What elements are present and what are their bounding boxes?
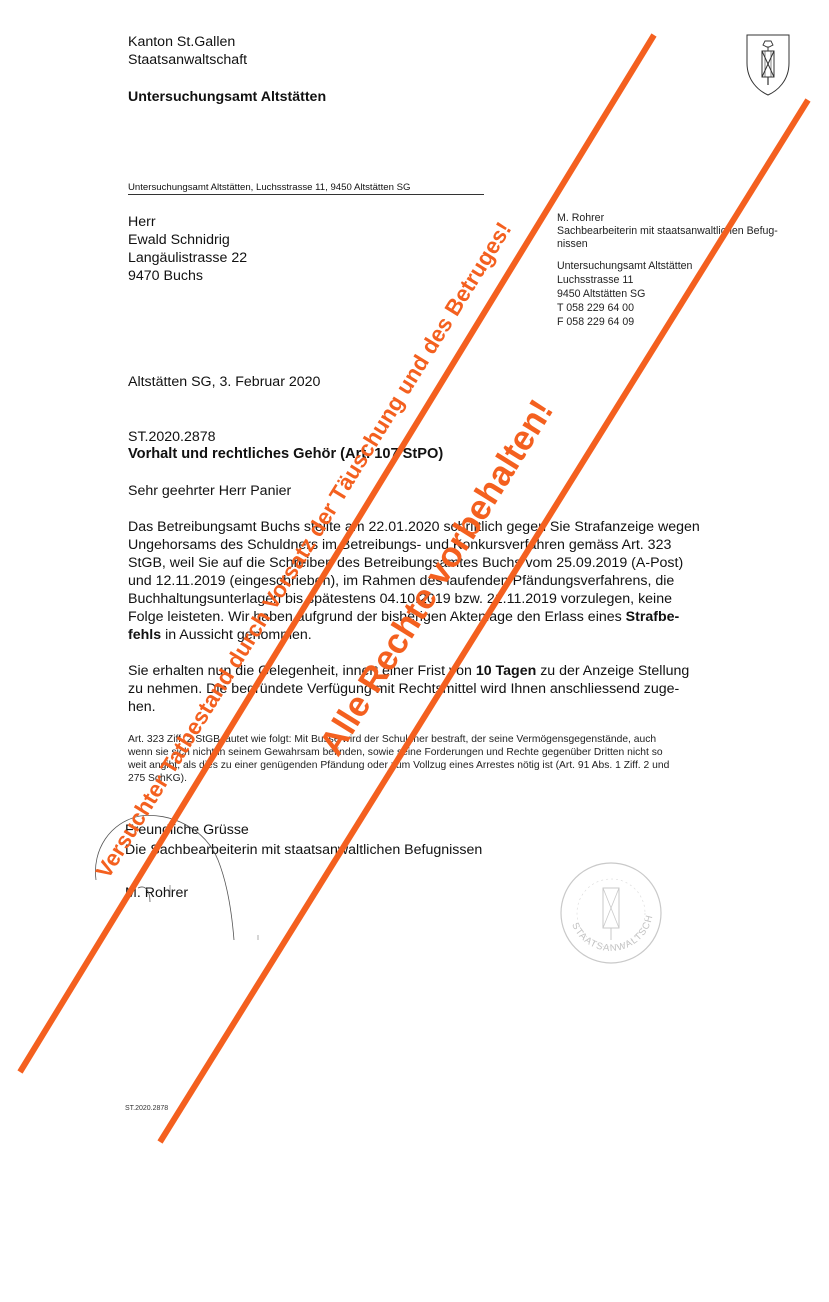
- sender-underline: [128, 194, 484, 195]
- paragraph-bold-text: Strafbe-: [626, 609, 680, 625]
- deadline-bold-text: 10 Tagen: [476, 663, 536, 679]
- legal-note-line: weit angibt, als dies zu einer genügende…: [128, 759, 669, 772]
- date-line: Altstätten SG, 3. Februar 2020: [128, 373, 320, 391]
- reference-number: ST.2020.2878: [128, 428, 216, 446]
- contact-role-cont: nissen: [557, 238, 588, 251]
- legal-note-line: 275 SchKG).: [128, 772, 187, 785]
- closing-title: Die Sachbearbeiterin mit staatsanwaltlic…: [125, 841, 482, 859]
- paragraph-text: in Aussicht genommen.: [161, 627, 312, 643]
- st-gallen-coat-of-arms-icon: [745, 33, 791, 102]
- letterhead-department: Staatsanwaltschaft: [128, 51, 247, 69]
- footer-reference: ST.2020.2878: [125, 1105, 168, 1112]
- contact-role: Sachbearbeiterin mit staatsanwaltlichen …: [557, 225, 778, 238]
- sender-return-address: Untersuchungsamt Altstätten, Luchsstrass…: [128, 181, 410, 194]
- letterhead-canton: Kanton St.Gallen: [128, 33, 235, 51]
- contact-name: M. Rohrer: [557, 212, 604, 225]
- recipient-line: 9470 Buchs: [128, 267, 203, 285]
- paragraph-line: hen.: [128, 698, 156, 716]
- paragraph-line: StGB, weil Sie auf die Schreiben des Bet…: [128, 554, 683, 572]
- recipient-line: Langäulistrasse 22: [128, 249, 247, 267]
- paragraph-bold-text: fehls: [128, 627, 161, 643]
- paragraph-line: zu nehmen. Die begründete Verfügung mit …: [128, 680, 679, 698]
- recipient-line: Ewald Schnidrig: [128, 231, 230, 249]
- official-seal-stamp-icon: STAATSANWALTSCHAFT: [556, 858, 666, 973]
- contact-city: 9450 Altstätten SG: [557, 288, 645, 301]
- closing-greeting: Freundliche Grüsse: [125, 821, 249, 839]
- paragraph-line: Buchhaltungsunterlagen bis spätestens 04…: [128, 590, 672, 608]
- paragraph-text: Sie erhalten nun die Gelegenheit, innert…: [128, 663, 476, 679]
- paragraph-line: Ungehorsams des Schuldners im Betreibung…: [128, 536, 671, 554]
- salutation: Sehr geehrter Herr Panier: [128, 482, 291, 500]
- paragraph-line: und 12.11.2019 (eingeschrieben), im Rahm…: [128, 572, 674, 590]
- paragraph-line: Folge leisteten. Wir haben aufgrund der …: [128, 608, 679, 626]
- contact-phone: T 058 229 64 00: [557, 302, 634, 315]
- paragraph-text: Folge leisteten. Wir haben aufgrund der …: [128, 609, 626, 625]
- legal-note-line: Art. 323 Ziff. 2 StGB lautet wie folgt: …: [128, 733, 656, 746]
- subject: Vorhalt und rechtliches Gehör (Art. 107 …: [128, 445, 443, 463]
- contact-office: Untersuchungsamt Altstätten: [557, 260, 692, 273]
- paragraph-text: zu der Anzeige Stellung: [536, 663, 689, 679]
- signature-name: M. Rohrer: [125, 884, 188, 902]
- paragraph-line: Sie erhalten nun die Gelegenheit, innert…: [128, 662, 689, 680]
- legal-note-line: wenn sie sich nicht in seinem Gewahrsam …: [128, 746, 663, 759]
- letterhead-office: Untersuchungsamt Altstätten: [128, 88, 326, 106]
- contact-fax: F 058 229 64 09: [557, 316, 634, 329]
- recipient-line: Herr: [128, 213, 156, 231]
- contact-street: Luchsstrasse 11: [557, 274, 633, 287]
- paragraph-line: Das Betreibungsamt Buchs stellte am 22.0…: [128, 518, 700, 536]
- paragraph-line: fehls in Aussicht genommen.: [128, 626, 312, 644]
